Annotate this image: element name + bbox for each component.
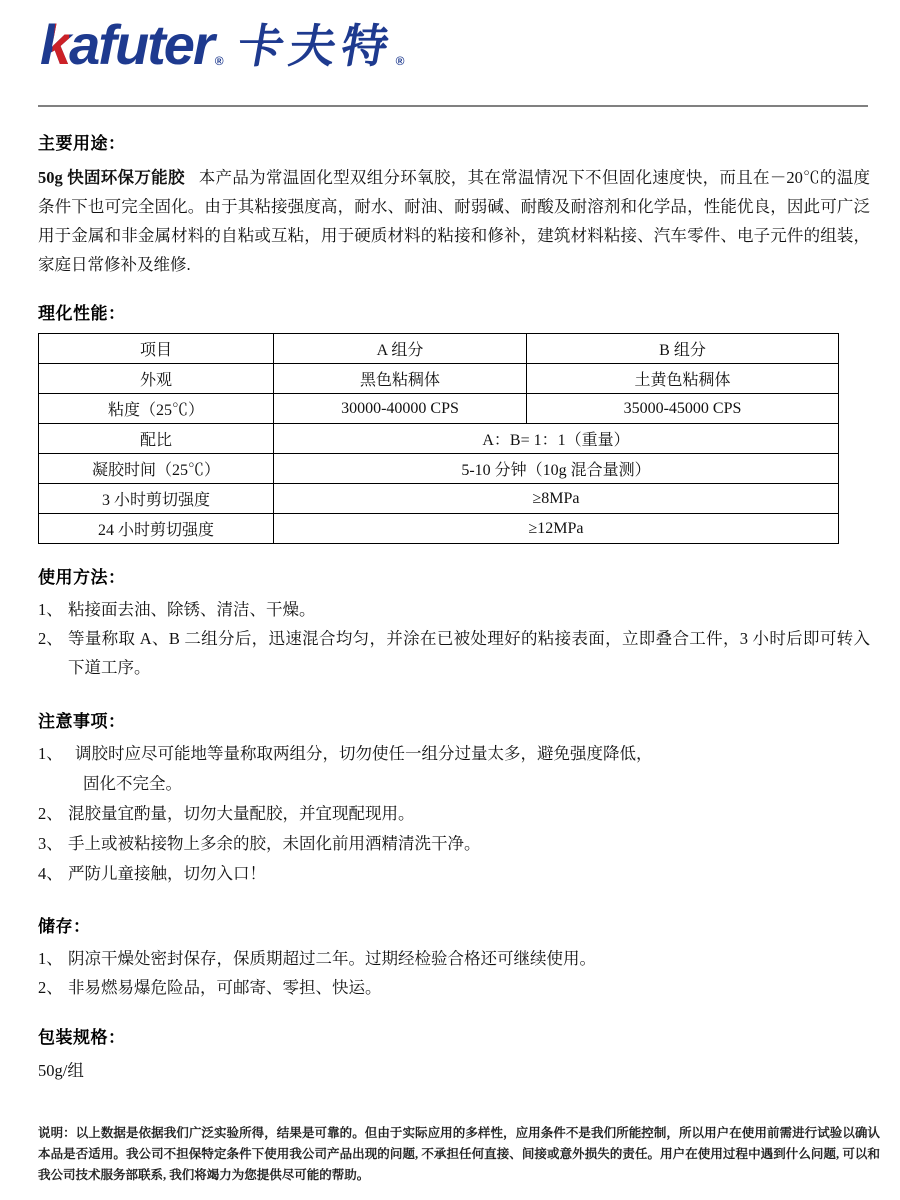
cautions-item-1: 1、 调胶时应尽可能地等量称取两组分，切勿使任一组分过量太多，避免强度降低，固化…	[38, 739, 870, 799]
list-item-text: 混胶量宜酌量，切勿大量配胶，并宜现配现用。	[68, 799, 870, 829]
logo-chinese-text: 卡夫特	[233, 18, 399, 74]
list-item-marker: 1、	[38, 944, 68, 973]
product-name: 50g 快固环保万能胶	[38, 168, 185, 187]
cautions-item-4: 4、 严防儿童接触，切勿入口！	[38, 859, 870, 889]
list-item-text: 严防儿童接触，切勿入口！	[68, 859, 870, 889]
usage-list: 1、 粘接面去油、除锈、清洁、干燥。 2、 等量称取 A、B 二组分后，迅速混合…	[38, 595, 870, 682]
table-header-row: 项目 A 组分 B 组分	[39, 334, 839, 364]
properties-heading: 理化性能：	[38, 304, 868, 324]
usage-item-2: 2、 等量称取 A、B 二组分后，迅速混合均匀，并涂在已被处理好的粘接表面，立即…	[38, 624, 870, 682]
table-row-shear-24h: 24 小时剪切强度 ≥12MPa	[39, 514, 839, 544]
section-storage: 储存： 1、 阴凉干燥处密封保存，保质期超过二年。过期经检验合格还可继续使用。 …	[38, 917, 868, 1002]
table-row-appearance: 外观 黑色粘稠体 土黄色粘稠体	[39, 364, 839, 394]
list-item-marker: 3、	[38, 829, 68, 859]
table-cell-span-value: A：B= 1：1（重量）	[274, 424, 839, 454]
table-header-component-b: B 组分	[527, 334, 839, 364]
storage-heading: 储存：	[38, 917, 868, 937]
section-cautions: 注意事项： 1、 调胶时应尽可能地等量称取两组分，切勿使任一组分过量太多，避免强…	[38, 712, 868, 889]
table-cell-label: 配比	[39, 424, 274, 454]
table-row-viscosity: 粘度（25℃） 30000-40000 CPS 35000-45000 CPS	[39, 394, 839, 424]
section-packaging: 包装规格： 50g/组	[38, 1028, 868, 1083]
disclaimer-text: 以上数据是依据我们广泛实验所得，结果是可靠的。但由于实际应用的多样性，应用条件不…	[38, 1126, 880, 1182]
section-usage: 使用方法： 1、 粘接面去油、除锈、清洁、干燥。 2、 等量称取 A、B 二组分…	[38, 568, 868, 682]
table-cell-label: 24 小时剪切强度	[39, 514, 274, 544]
table-cell-b: 土黄色粘稠体	[527, 364, 839, 394]
list-item-marker: 1、	[38, 595, 68, 624]
cautions-heading: 注意事项：	[38, 712, 868, 732]
cautions-item-3: 3、 手上或被粘接物上多余的胶，未固化前用酒精清洗干净。	[38, 829, 870, 859]
table-cell-label: 凝胶时间（25℃）	[39, 454, 274, 484]
storage-item-1: 1、 阴凉干燥处密封保存，保质期超过二年。过期经检验合格还可继续使用。	[38, 944, 870, 973]
list-item-text: 调胶时应尽可能地等量称取两组分，切勿使任一组分过量太多，避免强度降低，固化不完全…	[68, 739, 870, 799]
table-row-gel-time: 凝胶时间（25℃） 5-10 分钟（10g 混合量测）	[39, 454, 839, 484]
main-uses-paragraph: 50g 快固环保万能胶本产品为常温固化型双组分环氧胶，其在常温情况下不但固化速度…	[38, 163, 870, 279]
table-cell-span-value: 5-10 分钟（10g 混合量测）	[274, 454, 839, 484]
cautions-list: 1、 调胶时应尽可能地等量称取两组分，切勿使任一组分过量太多，避免强度降低，固化…	[38, 739, 870, 889]
list-item-marker: 2、	[38, 624, 68, 682]
storage-item-2: 2、 非易燃易爆危险品，可邮寄、零担、快运。	[38, 973, 870, 1002]
section-main-uses: 主要用途： 50g 快固环保万能胶本产品为常温固化型双组分环氧胶，其在常温情况下…	[38, 134, 868, 279]
list-item-text: 阴凉干燥处密封保存，保质期超过二年。过期经检验合格还可继续使用。	[68, 944, 870, 973]
logo-latin-rest: afuter	[69, 13, 213, 76]
table-row-shear-3h: 3 小时剪切强度 ≥8MPa	[39, 484, 839, 514]
list-item-text: 粘接面去油、除锈、清洁、干燥。	[68, 595, 870, 624]
table-cell-label: 外观	[39, 364, 274, 394]
table-cell-label: 3 小时剪切强度	[39, 484, 274, 514]
cautions-item-1-line-2: 固化不完全。	[83, 774, 182, 793]
table-cell-a: 30000-40000 CPS	[274, 394, 527, 424]
list-item-marker: 1、	[38, 739, 68, 799]
table-row-mix-ratio: 配比 A：B= 1：1（重量）	[39, 424, 839, 454]
disclaimer-footnote: 说明：以上数据是依据我们广泛实验所得，结果是可靠的。但由于实际应用的多样性，应用…	[38, 1123, 880, 1186]
packaging-value: 50g/组	[38, 1059, 868, 1083]
cautions-item-2: 2、 混胶量宜酌量，切勿大量配胶，并宜现配现用。	[38, 799, 870, 829]
list-item-marker: 2、	[38, 973, 68, 1002]
main-uses-heading: 主要用途：	[38, 134, 868, 154]
properties-table: 项目 A 组分 B 组分 外观 黑色粘稠体 土黄色粘稠体 粘度（25℃） 300…	[38, 333, 839, 544]
logo-latin-text: kkafuter	[40, 16, 213, 74]
registered-trademark-icon: ®	[396, 54, 405, 68]
section-properties: 理化性能： 项目 A 组分 B 组分 外观 黑色粘稠体 土黄色粘稠体 粘度（25…	[38, 304, 868, 544]
registered-trademark-icon: ®	[215, 54, 224, 68]
table-header-component-a: A 组分	[274, 334, 527, 364]
logo-letter-k: kk	[40, 16, 69, 74]
cautions-item-1-line-1: 调胶时应尽可能地等量称取两组分，切勿使任一组分过量太多，避免强度降低，	[75, 744, 653, 763]
list-item-text: 非易燃易爆危险品，可邮寄、零担、快运。	[68, 973, 870, 1002]
storage-list: 1、 阴凉干燥处密封保存，保质期超过二年。过期经检验合格还可继续使用。 2、 非…	[38, 944, 870, 1002]
table-cell-span-value: ≥8MPa	[274, 484, 839, 514]
table-cell-a: 黑色粘稠体	[274, 364, 527, 394]
usage-item-1: 1、 粘接面去油、除锈、清洁、干燥。	[38, 595, 870, 624]
table-cell-label: 粘度（25℃）	[39, 394, 274, 424]
brand-logo: kkafuter ® 卡夫特 ®	[40, 12, 868, 74]
list-item-marker: 2、	[38, 799, 68, 829]
table-cell-span-value: ≥12MPa	[274, 514, 839, 544]
packaging-heading: 包装规格：	[38, 1028, 868, 1048]
header-divider	[38, 105, 868, 107]
document-page: kkafuter ® 卡夫特 ® 主要用途： 50g 快固环保万能胶本产品为常温…	[0, 0, 900, 1200]
list-item-text: 手上或被粘接物上多余的胶，未固化前用酒精清洗干净。	[68, 829, 870, 859]
list-item-text: 等量称取 A、B 二组分后，迅速混合均匀，并涂在已被处理好的粘接表面，立即叠合工…	[68, 624, 870, 682]
usage-heading: 使用方法：	[38, 568, 868, 588]
list-item-marker: 4、	[38, 859, 68, 889]
table-cell-b: 35000-45000 CPS	[527, 394, 839, 424]
table-header-item: 项目	[39, 334, 274, 364]
disclaimer-label: 说明：	[38, 1126, 76, 1140]
